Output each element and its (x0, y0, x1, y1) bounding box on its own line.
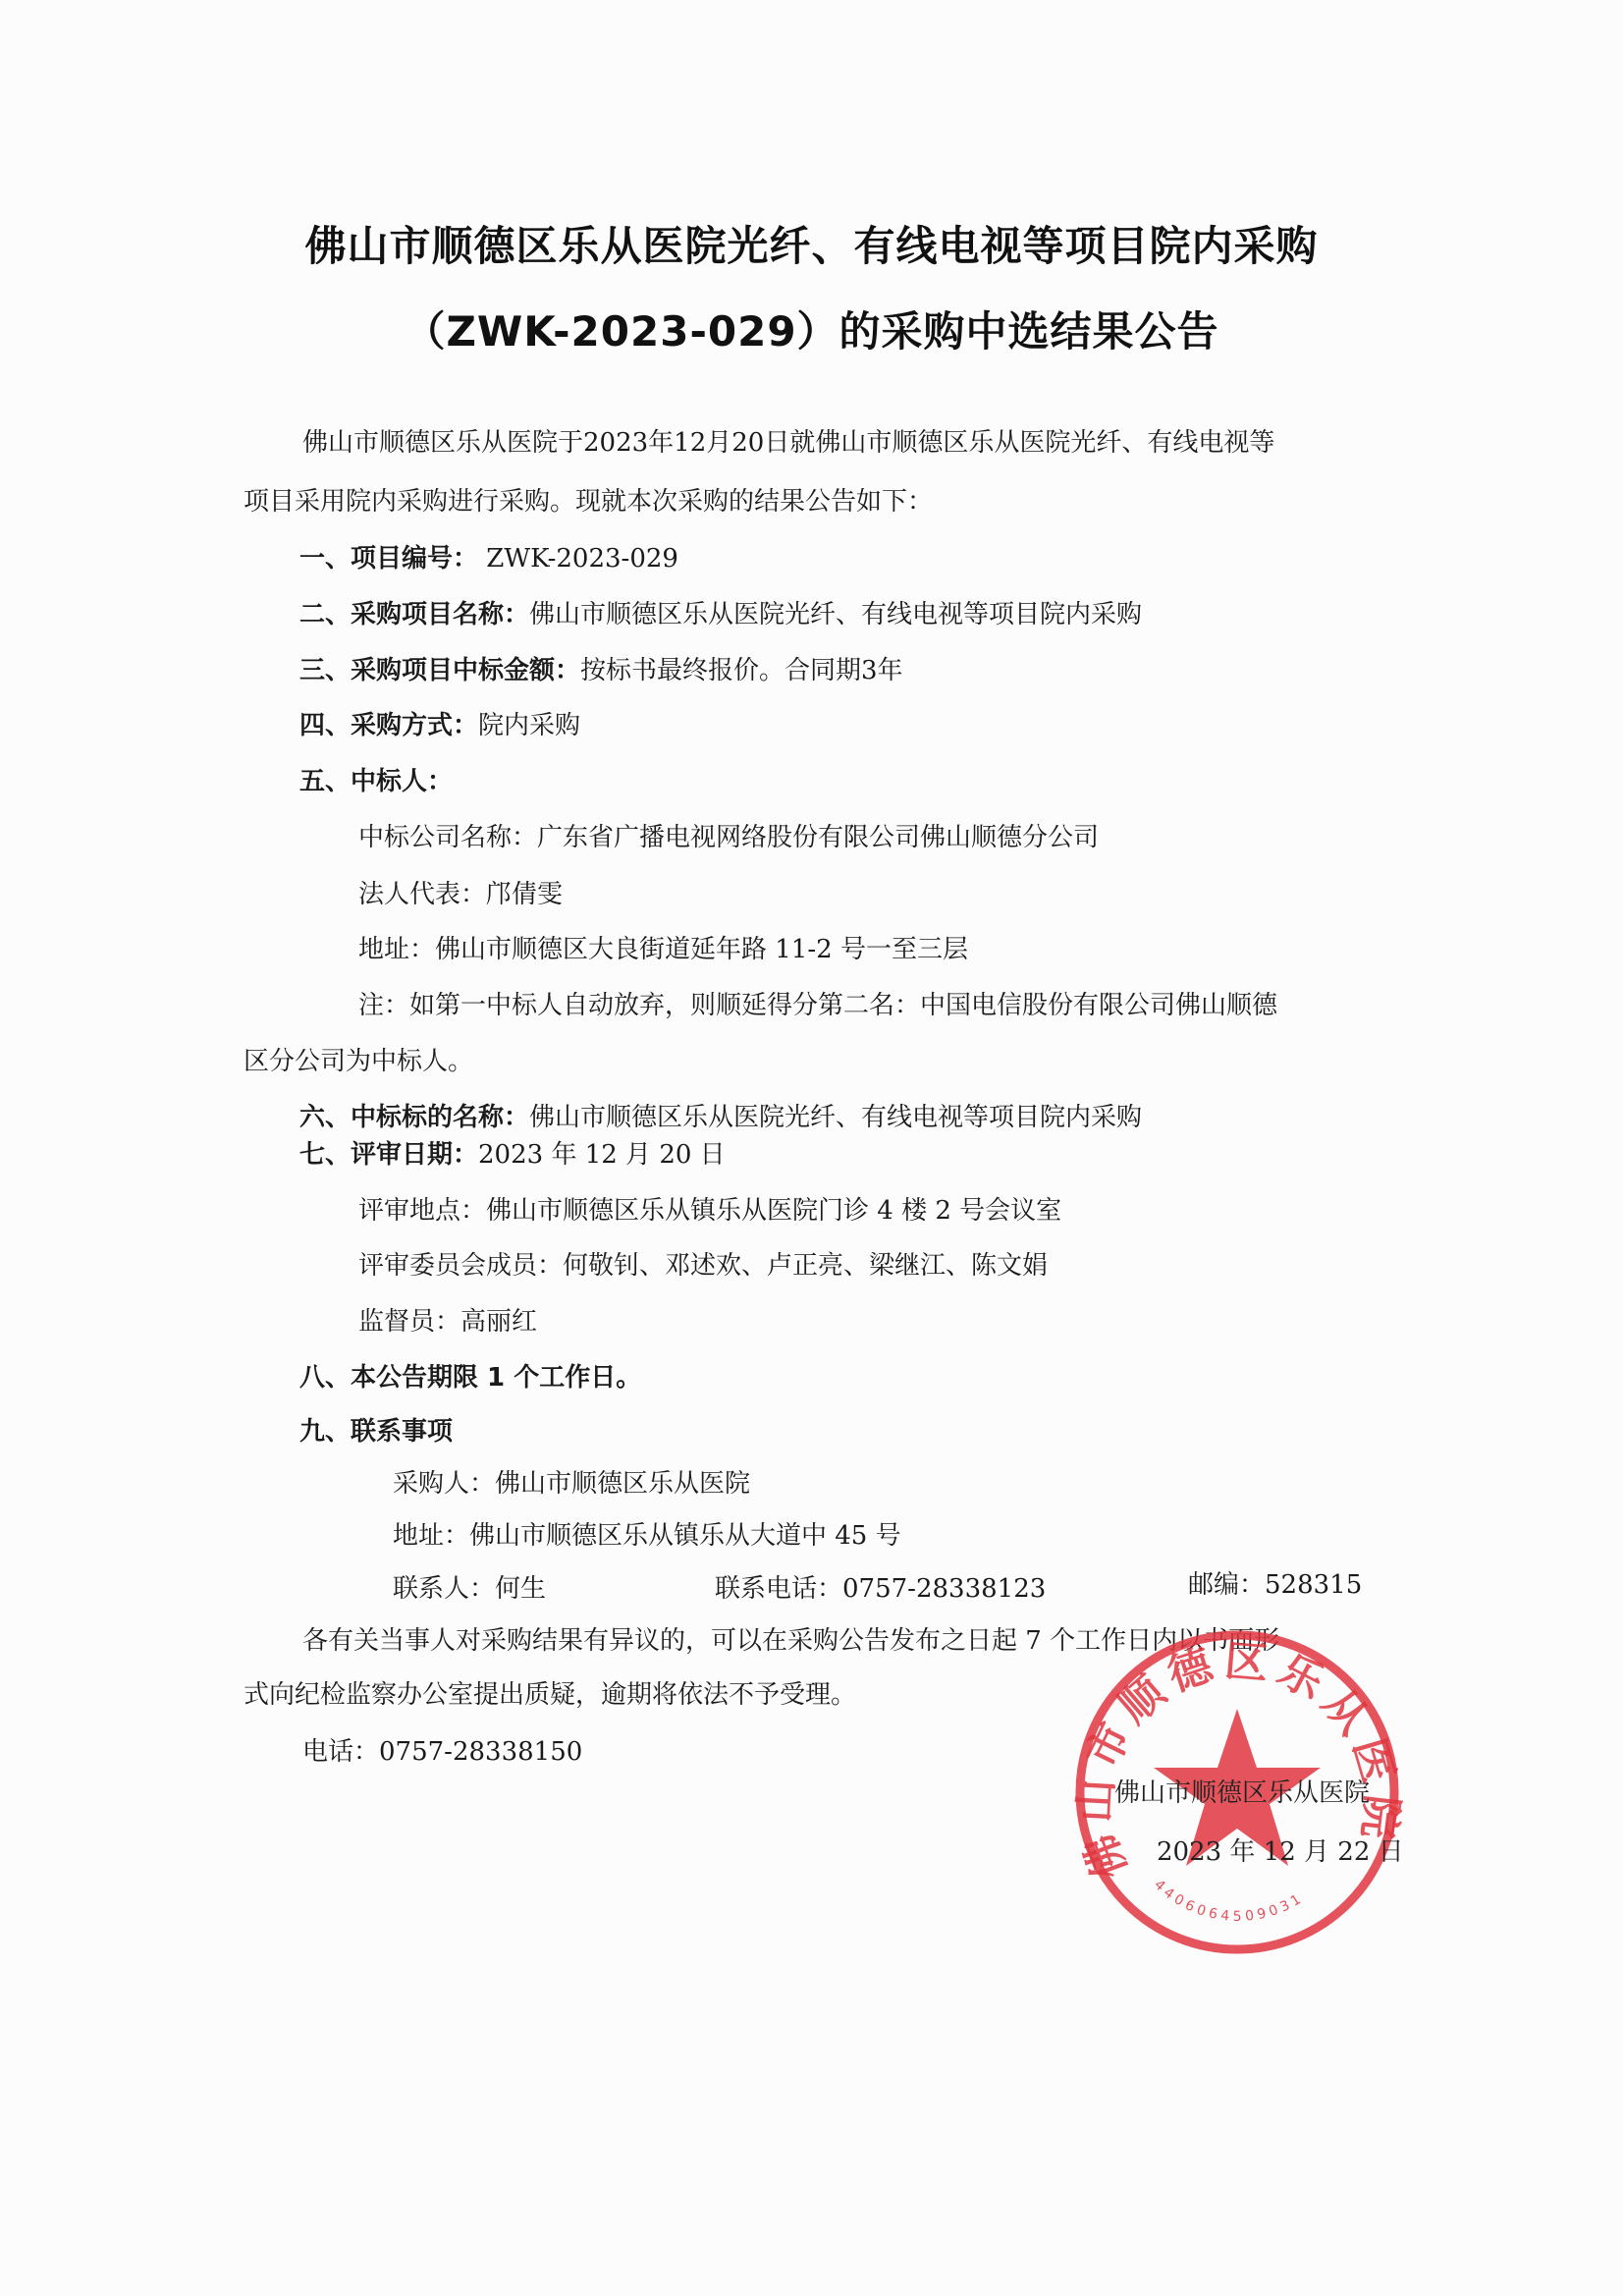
supervisor: 监督员：高丽红 (358, 1301, 537, 1338)
purchaser-address: 地址：佛山市顺德区乐从镇乐从大道中 45 号 (393, 1515, 901, 1552)
section-7: 七、评审日期：2023 年 12 月 20 日 (299, 1134, 726, 1171)
project-number: ZWK-2023-029 (478, 544, 678, 574)
postcode: 邮编：528315 (1188, 1564, 1362, 1601)
review-committee: 评审委员会成员：何敬钊、邓述欢、卢正亮、梁继江、陈文娟 (358, 1245, 1048, 1282)
document-page: 佛山市顺德区乐从医院光纤、有线电视等项目院内采购 （ZWK-2023-029）的… (0, 0, 1623, 2296)
document-title-line-2: （ZWK-2023-029）的采购中选结果公告 (0, 300, 1623, 358)
signature-date: 2023 年 12 月 22 日 (1157, 1831, 1404, 1868)
section-2: 二、采购项目名称：佛山市顺德区乐从医院光纤、有线电视等项目院内采购 (299, 594, 1142, 630)
svg-text:4406064509031: 4406064509031 (1151, 1877, 1307, 1925)
section-1: 一、项目编号： ZWK-2023-029 (299, 538, 678, 574)
review-date: 2023 年 12 月 20 日 (478, 1140, 726, 1170)
section-5-label: 五、中标人： (299, 761, 453, 797)
contact-phone: 联系电话：0757-28338123 (715, 1568, 1046, 1605)
section-3: 三、采购项目中标金额：按标书最终报价。合同期3年 (299, 650, 903, 686)
section-3-label: 三、采购项目中标金额： (299, 656, 580, 685)
section-4: 四、采购方式：院内采购 (299, 705, 580, 741)
document-title-line-1: 佛山市顺德区乐从医院光纤、有线电视等项目院内采购 (0, 214, 1623, 273)
winning-company: 中标公司名称：广东省广播电视网络股份有限公司佛山顺德分公司 (358, 817, 1099, 853)
section-6: 六、中标标的名称：佛山市顺德区乐从医院光纤、有线电视等项目院内采购 (299, 1097, 1142, 1133)
purchaser: 采购人：佛山市顺德区乐从医院 (393, 1463, 750, 1500)
objection-line-2: 式向纪检监察办公室提出质疑，逾期将依法不予受理。 (243, 1674, 856, 1711)
review-location: 评审地点：佛山市顺德区乐从镇乐从医院门诊 4 楼 2 号会议室 (358, 1190, 1061, 1227)
subject-name: 佛山市顺德区乐从医院光纤、有线电视等项目院内采购 (529, 1103, 1142, 1132)
legal-representative: 法人代表：邝倩雯 (358, 874, 563, 910)
section-6-label: 六、中标标的名称： (299, 1103, 529, 1132)
contact-person: 联系人：何生 (393, 1568, 546, 1605)
note-line-2: 区分公司为中标人。 (243, 1041, 473, 1077)
section-8: 八、本公告期限 1 个工作日。 (299, 1357, 641, 1394)
note-line-1: 注：如第一中标人自动放弃，则顺延得分第二名：中国电信股份有限公司佛山顺德 (358, 985, 1277, 1021)
section-4-label: 四、采购方式： (299, 711, 478, 740)
objection-phone: 电话：0757-28338150 (302, 1731, 582, 1768)
section-2-label: 二、采购项目名称： (299, 600, 529, 629)
procurement-method: 院内采购 (478, 711, 580, 740)
section-1-label: 一、项目编号： (299, 544, 478, 574)
winner-address: 地址：佛山市顺德区大良街道延年路 11-2 号一至三层 (358, 929, 968, 965)
intro-line-1: 佛山市顺德区乐从医院于2023年12月20日就佛山市顺德区乐从医院光纤、有线电视… (302, 422, 1274, 459)
project-name: 佛山市顺德区乐从医院光纤、有线电视等项目院内采购 (529, 600, 1142, 629)
intro-line-2: 项目采用院内采购进行采购。现就本次采购的结果公告如下： (243, 481, 933, 518)
bid-amount: 按标书最终报价。合同期3年 (580, 656, 903, 685)
signature-organization: 佛山市顺德区乐从医院 (1114, 1773, 1370, 1809)
section-9-label: 九、联系事项 (299, 1411, 453, 1448)
section-7-label: 七、评审日期： (299, 1140, 478, 1170)
